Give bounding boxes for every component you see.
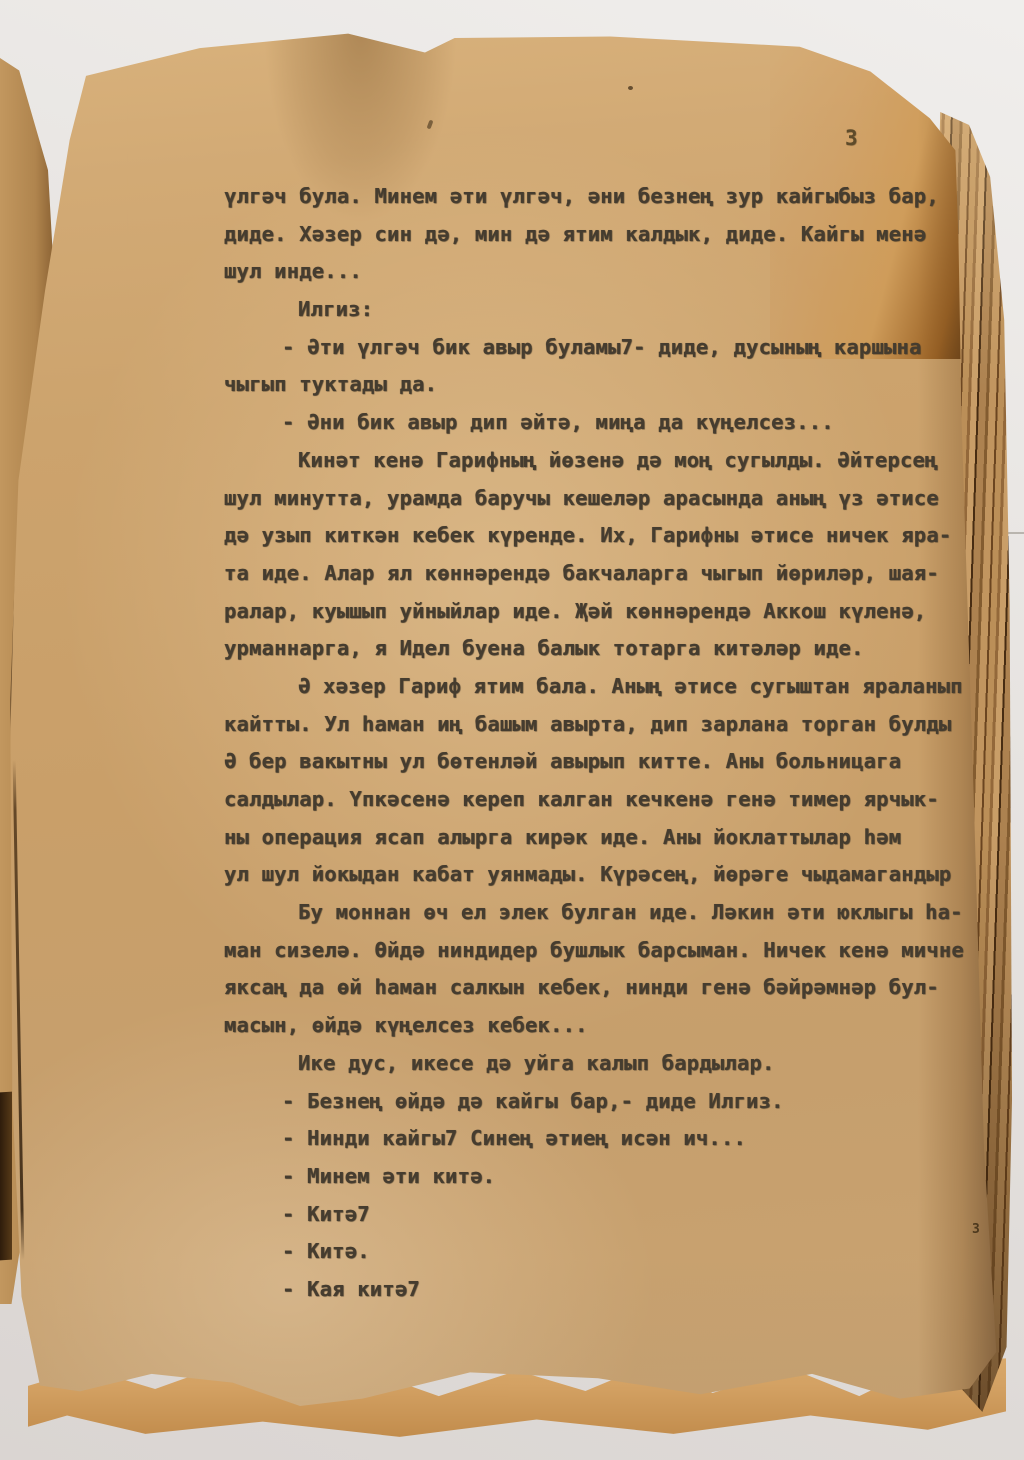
manuscript-page: 3 үлгәч була. Минем әти үлгәч, әни безне… bbox=[0, 0, 1024, 1460]
typewritten-line: - Нинди кайгы7 Синең әтиең исән ич... bbox=[224, 1120, 969, 1158]
typewritten-line: Ә хәзер Гариф ятим бала. Аның әтисе сугы… bbox=[224, 668, 969, 706]
typewritten-line: ны операция ясап алырга кирәк иде. Аны й… bbox=[224, 819, 969, 857]
typewritten-line: диде. Хәзер син дә, мин дә ятим калдык, … bbox=[224, 216, 969, 254]
typewritten-line: - Безнең өйдә дә кайгы бар,- диде Илгиз. bbox=[224, 1083, 969, 1121]
typewritten-line: салдылар. Үпкәсенә кереп калган кечкенә … bbox=[224, 781, 969, 819]
typewritten-line: чыгып туктады да. bbox=[224, 366, 969, 404]
typewritten-line: үлгәч була. Минем әти үлгәч, әни безнең … bbox=[224, 178, 969, 216]
typewritten-line: - Кая китә7 bbox=[224, 1271, 969, 1309]
typewritten-line: - Минем әти китә. bbox=[224, 1158, 969, 1196]
typewritten-line: масын, өйдә күңелсез кебек... bbox=[224, 1007, 969, 1045]
typewritten-line: яксаң да өй һаман салкын кебек, нинди ге… bbox=[224, 969, 969, 1007]
typewritten-line: - Әти үлгәч бик авыр буламы7- диде, дусы… bbox=[224, 329, 969, 367]
paper-speck bbox=[628, 86, 633, 90]
photo-of-manuscript-page: 3 үлгәч була. Минем әти үлгәч, әни безне… bbox=[0, 0, 1024, 1460]
typewritten-line: Бу моннан өч ел элек булган иде. Ләкин ә… bbox=[224, 894, 969, 932]
typewritten-line: - Әни бик авыр дип әйтә, миңа да күңелсе… bbox=[224, 404, 969, 442]
stack-page-number: 3 bbox=[972, 1222, 980, 1237]
typewritten-line: Ике дус, икесе дә уйга калып бардылар. bbox=[224, 1045, 969, 1083]
typewritten-line: Илгиз: bbox=[224, 291, 969, 329]
underlying-page-shadow bbox=[0, 1092, 12, 1261]
typewritten-line: Кинәт кенә Гарифның йөзенә дә моң сугылд… bbox=[224, 442, 969, 480]
typewritten-line: ралар, куышып уйныйлар иде. Җәй көннәрен… bbox=[224, 593, 969, 631]
typewritten-line: шул инде... bbox=[224, 253, 969, 291]
typewritten-line: ул шул йокыдан кабат уянмады. Күрәсең, й… bbox=[224, 856, 969, 894]
page-number: 3 bbox=[845, 126, 858, 150]
typewritten-line: - Китә. bbox=[224, 1233, 969, 1271]
typewritten-line: шул минутта, урамда баручы кешеләр арасы… bbox=[224, 480, 969, 518]
typewritten-line: Ә бер вакытны ул бөтенләй авырып китте. … bbox=[224, 743, 969, 781]
typewritten-line: та иде. Алар ял көннәрендә бакчаларга чы… bbox=[224, 555, 969, 593]
typewritten-line: урманнарга, я Идел буена балык тотарга к… bbox=[224, 630, 969, 668]
typewritten-line: дә узып киткән кебек күренде. Их, Гарифн… bbox=[224, 517, 969, 555]
typewritten-text: үлгәч була. Минем әти үлгәч, әни безнең … bbox=[224, 178, 969, 1309]
typewritten-line: кайтты. Ул һаман иң башым авырта, дип за… bbox=[224, 706, 969, 744]
typewritten-line: ман сизелә. Өйдә ниндидер бушлык барсыма… bbox=[224, 932, 969, 970]
typewritten-line: - Китә7 bbox=[224, 1196, 969, 1234]
